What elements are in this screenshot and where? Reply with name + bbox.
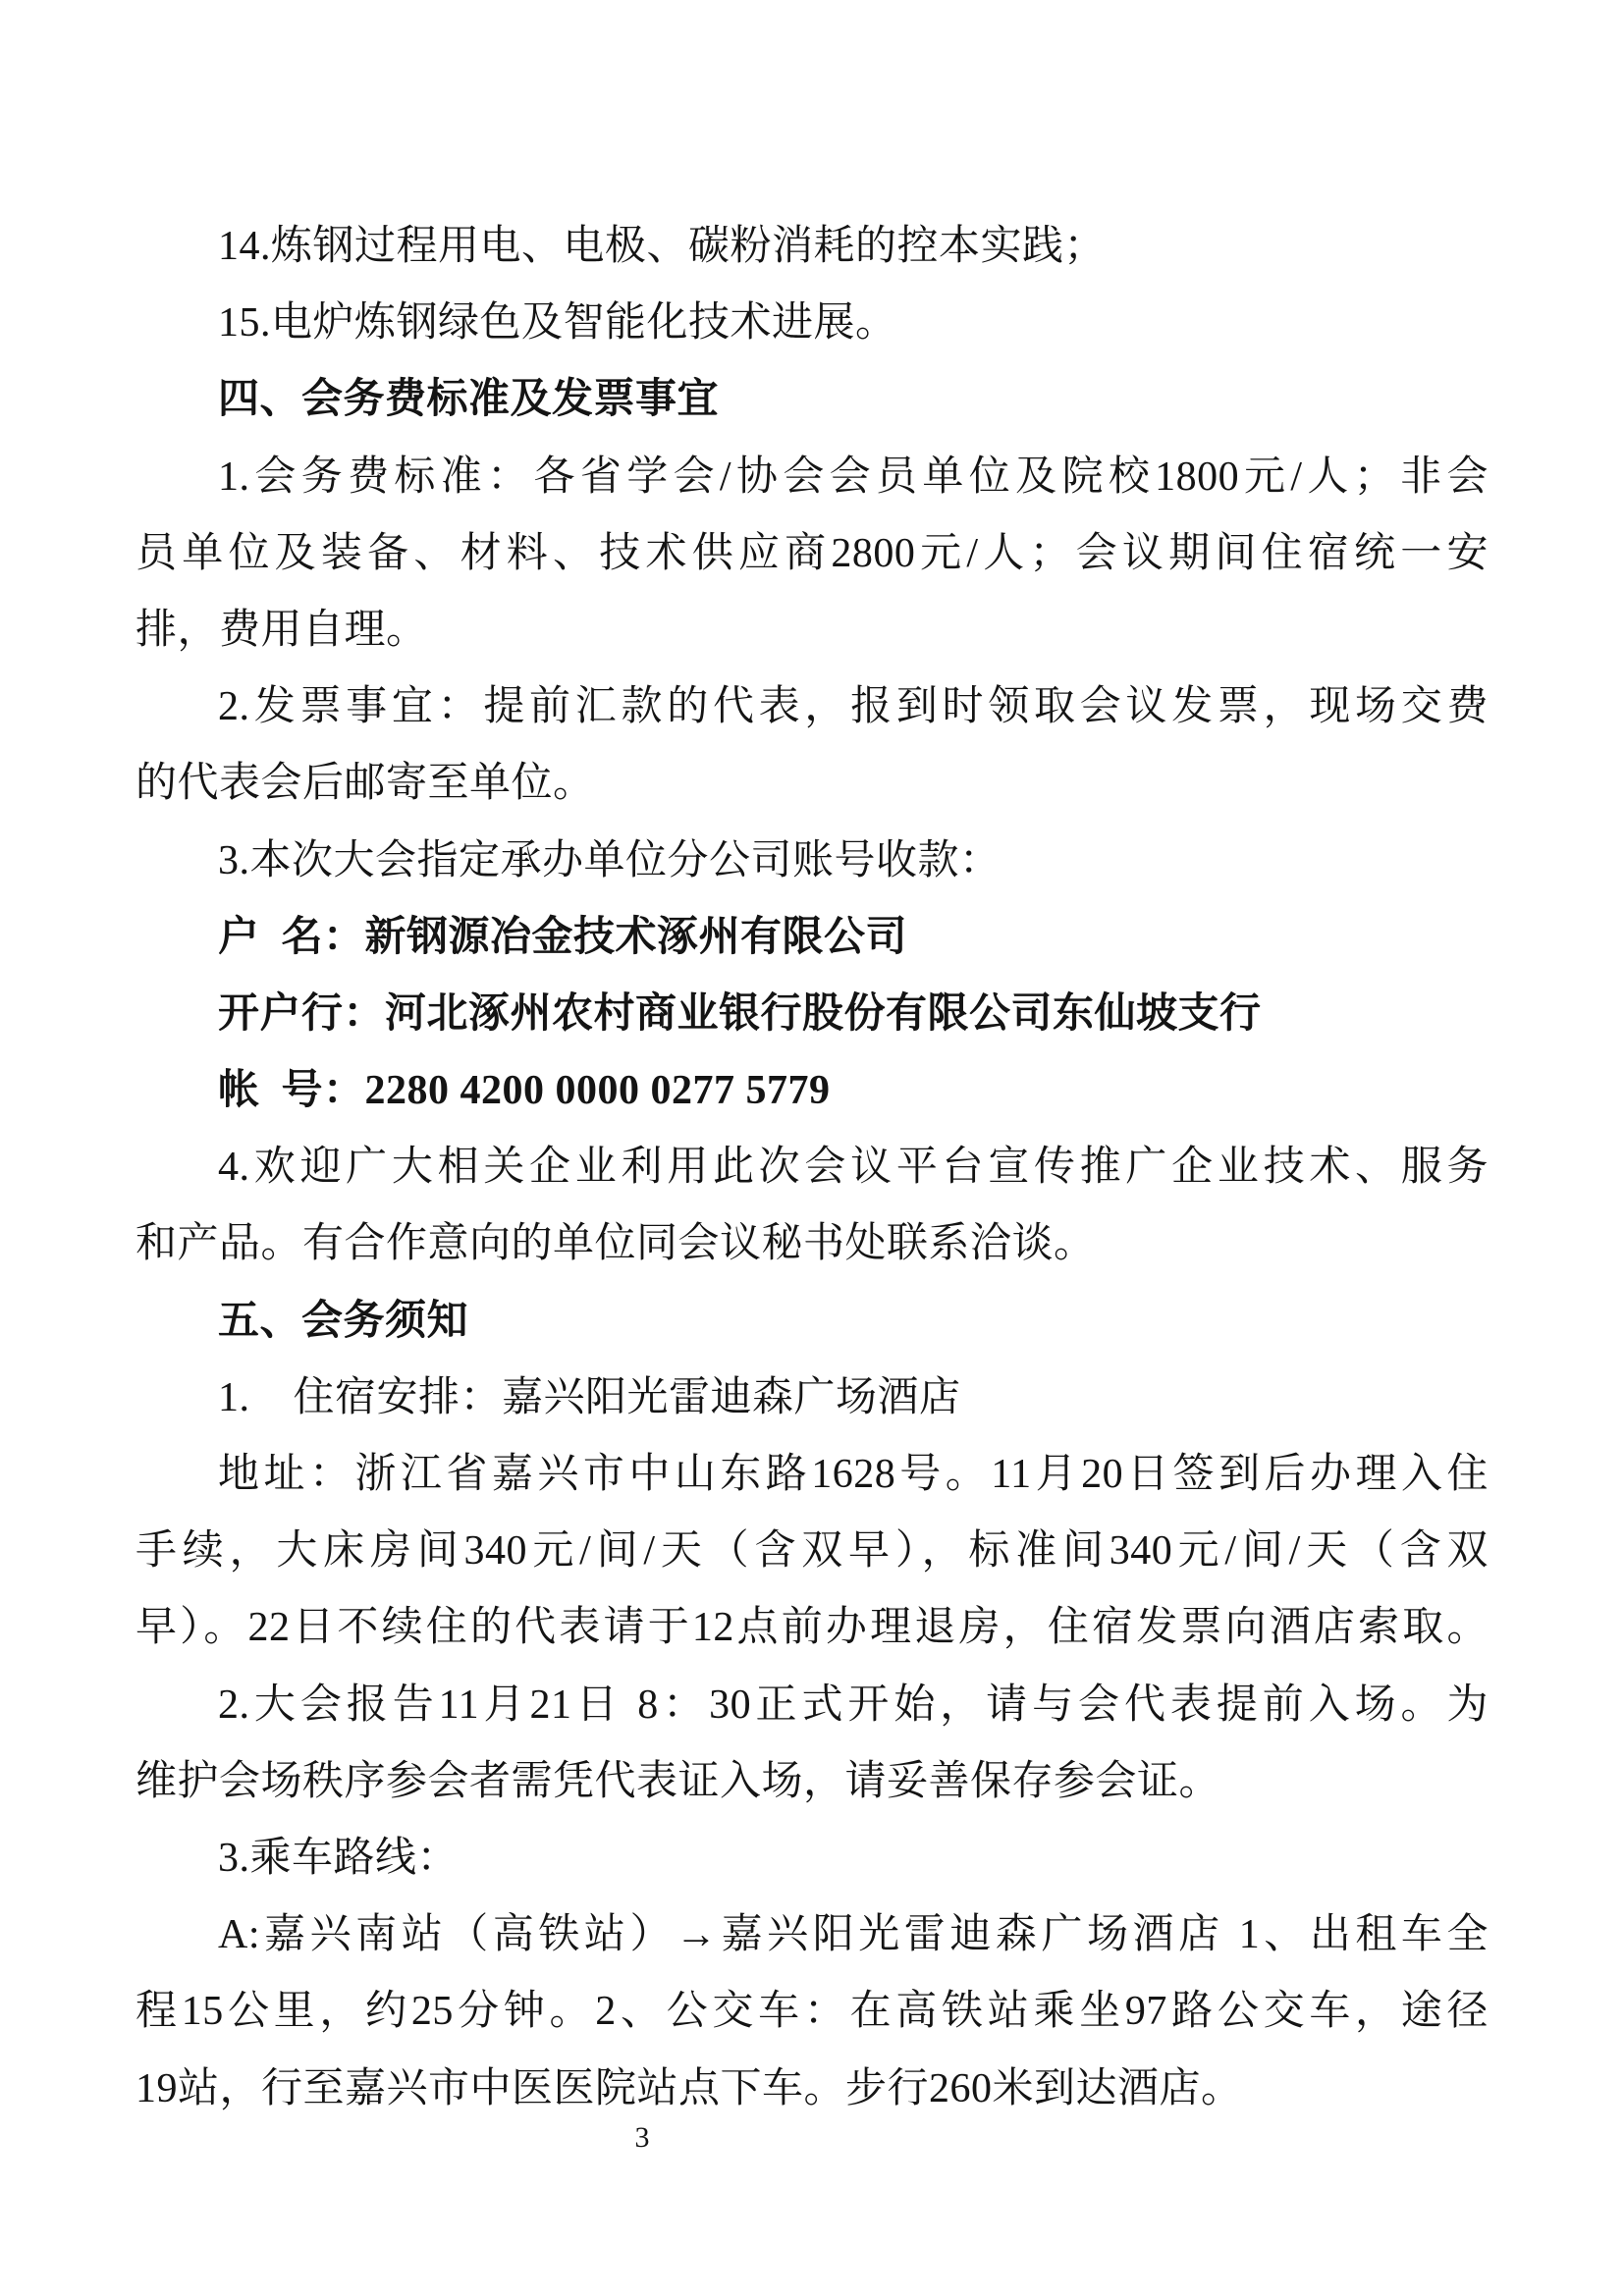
document-line: 开户行：河北涿州农村商业银行股份有限公司东仙坡支行 xyxy=(135,976,1489,1052)
document-line: 手续，大床房间340元/间/天（含双早），标准间340元/间/天（含双 xyxy=(135,1513,1489,1589)
document-line: 2.大会报告11月21日 8：30正式开始，请与会代表提前入场。为 xyxy=(135,1667,1489,1743)
document-line: 1.会务费标准：各省学会/协会会员单位及院校1800元/人；非会 xyxy=(135,439,1489,515)
document-line: 3.本次大会指定承办单位分公司账号收款： xyxy=(135,823,1489,899)
document-page: 14.炼钢过程用电、电极、碳粉消耗的控本实践；15.电炉炼钢绿色及智能化技术进展… xyxy=(0,0,1624,2296)
document-line: 的代表会后邮寄至单位。 xyxy=(135,745,1489,822)
section-heading: 四、会务费标准及发票事宜 xyxy=(135,361,1489,438)
document-line: 2.发票事宜：提前汇款的代表，报到时领取会议发票，现场交费 xyxy=(135,668,1489,745)
document-body: 14.炼钢过程用电、电极、碳粉消耗的控本实践；15.电炉炼钢绿色及智能化技术进展… xyxy=(135,208,1489,2127)
document-line: A:嘉兴南站（高铁站）→嘉兴阳光雷迪森广场酒店 1、出租车全 xyxy=(135,1896,1489,1973)
document-line: 1. 住宿安排：嘉兴阳光雷迪森广场酒店 xyxy=(135,1360,1489,1436)
document-line: 帐 号：2280 4200 0000 0277 5779 xyxy=(135,1052,1489,1129)
document-line: 户 名：新钢源冶金技术涿州有限公司 xyxy=(135,899,1489,976)
section-heading: 五、会务须知 xyxy=(135,1283,1489,1360)
document-line: 14.炼钢过程用电、电极、碳粉消耗的控本实践； xyxy=(135,208,1489,285)
document-line: 员单位及装备、材料、技术供应商2800元/人；会议期间住宿统一安 xyxy=(135,515,1489,592)
document-line: 排，费用自理。 xyxy=(135,592,1489,668)
document-line: 19站，行至嘉兴市中医医院站点下车。步行260米到达酒店。 xyxy=(135,2051,1489,2127)
document-line: 3.乘车路线： xyxy=(135,1820,1489,1896)
document-line: 和产品。有合作意向的单位同会议秘书处联系洽谈。 xyxy=(135,1205,1489,1282)
document-line: 4.欢迎广大相关企业利用此次会议平台宣传推广企业技术、服务 xyxy=(135,1129,1489,1205)
document-line: 地址：浙江省嘉兴市中山东路1628号。11月20日签到后办理入住 xyxy=(135,1436,1489,1513)
document-line: 15.电炉炼钢绿色及智能化技术进展。 xyxy=(135,285,1489,361)
document-line: 维护会场秩序参会者需凭代表证入场，请妥善保存参会证。 xyxy=(135,1743,1489,1820)
page-number: 3 xyxy=(623,2118,662,2158)
document-line: 程15公里，约25分钟。2、公交车：在高铁站乘坐97路公交车，途径 xyxy=(135,1973,1489,2050)
document-line: 早）。22日不续住的代表请于12点前办理退房，住宿发票向酒店索取。 xyxy=(135,1589,1489,1666)
